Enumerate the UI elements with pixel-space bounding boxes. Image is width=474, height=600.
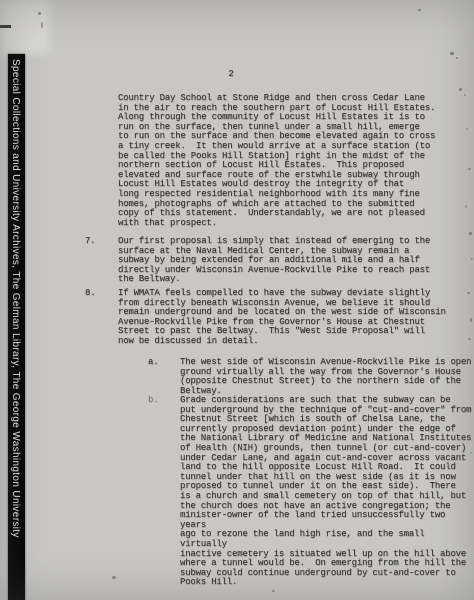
item-7-text: Our first proposal is simply that instea… (118, 237, 474, 285)
item-7-number: 7. (85, 237, 105, 247)
item-8a-text: The west side of Wisconsin Avenue-Rockvi… (180, 358, 474, 396)
scan-speck (418, 9, 421, 11)
scan-light-patch (0, 0, 50, 54)
item-8b-letter: b. (148, 396, 168, 406)
page-number: 2 (225, 70, 237, 80)
scan-speck (456, 57, 458, 59)
item-8-text: If WMATA feels compelled to have the sub… (118, 289, 474, 347)
scan-speck (272, 590, 275, 592)
archive-stamp-strip: Special Collections and University Archi… (8, 54, 25, 600)
scan-speck (450, 52, 454, 55)
paragraph-continuation: Country Day School at Stone Ridge and th… (118, 94, 474, 228)
item-8a-letter: a. (148, 358, 168, 368)
archive-stamp-text: Special Collections and University Archi… (10, 54, 21, 538)
scan-speck (112, 576, 116, 579)
scan-speck (459, 88, 462, 91)
scan-speck (469, 232, 472, 235)
item-8-number: 8. (85, 289, 105, 299)
item-8b-text: Grade considerations are such that the s… (180, 396, 474, 588)
scanned-document-page: Special Collections and University Archi… (0, 0, 474, 600)
